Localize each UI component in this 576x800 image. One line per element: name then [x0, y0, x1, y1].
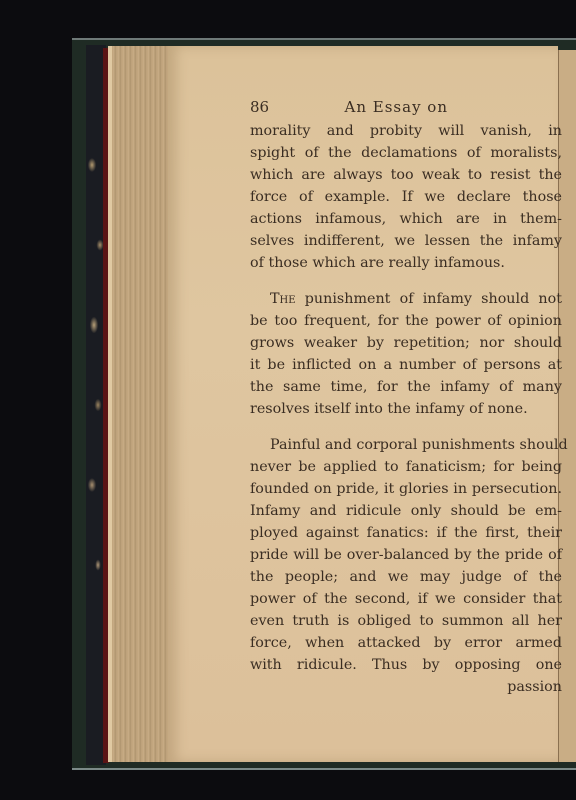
text-line: it be inflicted on a number of persons a… [250, 354, 562, 376]
text-line: with ridicule. Thus by opposing one [250, 654, 562, 676]
catchword: passion [250, 676, 562, 698]
text-line: the people; and we may judge of the [250, 566, 562, 588]
paragraph-1: morality and probity will vanish, in spi… [250, 120, 562, 274]
text-line: morality and probity will vanish, in [250, 120, 562, 142]
text-fragment: punishment of infamy should not [296, 291, 562, 307]
text-line: founded on pride, it glories in persecut… [250, 478, 562, 500]
text-line: Infamy and ridicule only should be em- [250, 500, 562, 522]
text-line: even truth is obliged to summon all her [250, 610, 562, 632]
running-head: An Essay on [345, 96, 448, 118]
text-line: be too frequent, for the power of opinio… [250, 310, 562, 332]
text-line: force of example. If we declare those [250, 186, 562, 208]
text-line: which are always too weak to resist the [250, 164, 562, 186]
page-content: 86 An Essay on morality and probity will… [250, 96, 562, 698]
text-line: the same time, for the infamy of many [250, 376, 562, 398]
page-number: 86 [250, 96, 269, 118]
text-line: spight of the declamations of moralists, [250, 142, 562, 164]
text-line: selves indifferent, we lessen the infamy [250, 230, 562, 252]
text-line: Painful and corporal punishments should [250, 434, 562, 456]
text-line: actions infamous, which are in them- [250, 208, 562, 230]
text-line: grows weaker by repetition; nor should [250, 332, 562, 354]
text-line: The punishment of infamy should not [250, 288, 562, 310]
text-line: ployed against fanatics: if the first, t… [250, 522, 562, 544]
text-line: power of the second, if we consider that [250, 588, 562, 610]
paragraph-2: The punishment of infamy should not be t… [250, 288, 562, 420]
paragraph-3: Painful and corporal punishments should … [250, 434, 562, 676]
text-line: pride will be over-balanced by the pride… [250, 544, 562, 566]
lead-word: The [270, 291, 296, 307]
text-line: resolves itself into the infamy of none. [250, 398, 562, 420]
page-header: 86 An Essay on [250, 96, 448, 118]
text-line: force, when attacked by error armed [250, 632, 562, 654]
page-block-edges [108, 46, 172, 762]
text-line: never be applied to fanaticism; for bein… [250, 456, 562, 478]
text-line: of those which are really infamous. [250, 252, 562, 274]
